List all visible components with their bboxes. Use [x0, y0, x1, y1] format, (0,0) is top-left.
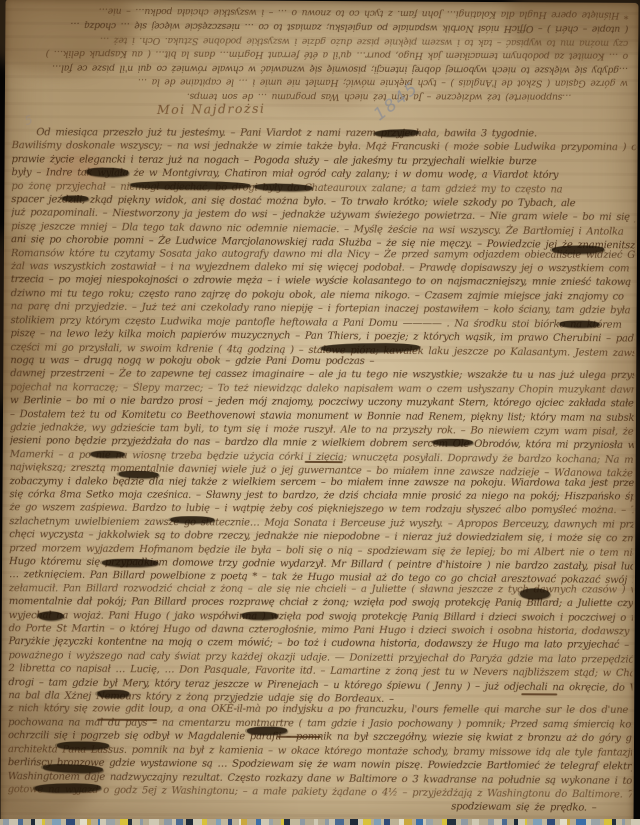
- manuscript-line: dawnej przestrzeni – Że to zapewne tej c…: [10, 367, 634, 382]
- strip-segment: [120, 819, 128, 825]
- ink-blot: [242, 612, 278, 620]
- strip-segment: [261, 819, 269, 825]
- ink-blot: [102, 559, 158, 567]
- strip-segment: [390, 819, 399, 825]
- strip-segment: [547, 819, 555, 825]
- strip-segment: [631, 819, 640, 825]
- underline-mark: [277, 736, 321, 738]
- letter-page: …supponierte) też wdzięczne – Ja tem też…: [0, 0, 638, 825]
- strip-segment: [80, 819, 88, 825]
- ink-blot: [38, 611, 64, 620]
- strip-segment: [447, 819, 456, 825]
- scan-color-strip: [0, 819, 640, 825]
- strip-segment: [518, 819, 525, 825]
- strip-segment: [404, 819, 412, 825]
- ink-blot: [247, 726, 287, 734]
- strip-segment: [149, 819, 158, 825]
- strip-segment: [52, 819, 61, 825]
- strip-segment: [363, 819, 371, 825]
- strip-segment: [221, 819, 229, 825]
- ink-blot: [97, 690, 129, 698]
- strip-segment: [335, 819, 344, 825]
- strip-segment: [35, 819, 42, 825]
- salutation: Moi Najdrożsi: [157, 101, 266, 117]
- strip-segment: [9, 819, 18, 825]
- manuscript-line: …gdyby się większe to niech wybornej dob…: [13, 61, 628, 77]
- ink-blot: [560, 320, 600, 327]
- strip-segment: [193, 819, 202, 825]
- strip-segment: [23, 819, 31, 825]
- strip-segment: [472, 819, 479, 825]
- ink-blot: [91, 451, 125, 458]
- strip-segment: [247, 819, 256, 825]
- ink-blot: [62, 195, 88, 201]
- strip-segment: [507, 819, 515, 825]
- strip-segment: [305, 819, 314, 825]
- strip-segment: [318, 819, 325, 825]
- underline-mark: [305, 461, 343, 463]
- manuscript-scan: …supponierte) też wdzięczne – Ja tem też…: [0, 0, 640, 825]
- strip-segment: [461, 819, 469, 825]
- ink-blot: [520, 588, 550, 599]
- strip-segment: [416, 819, 423, 825]
- manuscript-line: z nich który się zowie gdit loup, a ona …: [8, 703, 632, 718]
- ink-blot: [433, 439, 473, 446]
- strip-segment: [176, 819, 183, 825]
- strip-segment: [479, 819, 488, 825]
- strip-segment: [132, 819, 139, 825]
- strip-segment: [576, 819, 585, 825]
- strip-segment: [207, 819, 216, 825]
- strip-segment: [616, 819, 623, 825]
- strip-segment: [591, 819, 600, 825]
- strip-segment: [91, 819, 98, 825]
- strip-segment: [106, 819, 115, 825]
- cross-writing-block: …supponierte) też wdzięczne – Ja tem też…: [13, 0, 629, 104]
- strip-segment: [350, 819, 359, 825]
- strip-segment: [604, 819, 612, 825]
- underline-mark: [521, 693, 557, 695]
- strip-segment: [66, 819, 75, 825]
- manuscript-line: w górze Gąsian ( Szkot de l'Anglais ) – …: [13, 75, 628, 91]
- strip-segment: [374, 819, 381, 825]
- strip-segment: [232, 819, 239, 825]
- strip-segment: [494, 819, 503, 825]
- strip-segment: [533, 819, 542, 825]
- letter-body: Od miesiąca przeszło już tu jesteśmy. – …: [8, 126, 636, 817]
- ink-blot: [552, 245, 604, 254]
- strip-segment: [560, 819, 567, 825]
- strip-segment: [273, 819, 280, 825]
- strip-segment: [290, 819, 299, 825]
- ink-blot: [57, 741, 109, 749]
- manuscript-line: …supponierte) też wdzięczne – Ja tem też…: [13, 89, 628, 104]
- ink-blot: [170, 516, 214, 523]
- strip-segment: [433, 819, 442, 825]
- strip-segment: [164, 819, 172, 825]
